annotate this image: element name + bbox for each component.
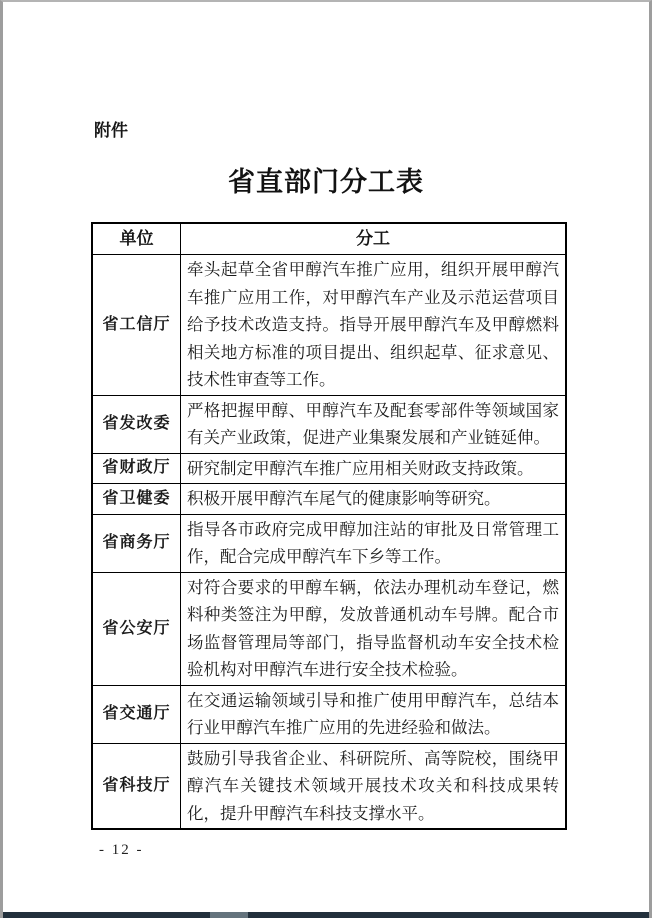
duty-cell: 严格把握甲醇、甲醇汽车及配套零部件等领域国家有关产业政策，促进产业集聚发展和产业… — [181, 395, 567, 453]
duty-cell: 对符合要求的甲醇车辆，依法办理机动车登记，燃料种类签注为甲醇，发放普通机动车号牌… — [181, 572, 567, 685]
unit-cell: 省科技厅 — [92, 743, 181, 829]
unit-cell: 省财政厅 — [92, 453, 181, 484]
duty-cell: 牵头起草全省甲醇汽车推广应用，组织开展甲醇汽车推广应用工作，对甲醇汽车产业及示范… — [181, 255, 567, 396]
table-row: 省财政厅研究制定甲醇汽车推广应用相关财政支持政策。 — [92, 453, 566, 484]
unit-cell: 省公安厅 — [92, 572, 181, 685]
unit-cell: 省商务厅 — [92, 514, 181, 572]
table-row: 省公安厅对符合要求的甲醇车辆，依法办理机动车登记，燃料种类签注为甲醇，发放普通机… — [92, 572, 566, 685]
table-row: 省卫健委积极开展甲醇汽车尾气的健康影响等研究。 — [92, 484, 566, 515]
duty-cell: 研究制定甲醇汽车推广应用相关财政支持政策。 — [181, 453, 567, 484]
table-header: 单位 分工 — [92, 223, 566, 255]
page-number: - 12 - — [99, 842, 649, 859]
page-title: 省直部门分工表 — [3, 167, 649, 197]
duty-cell: 鼓励引导我省企业、科研院所、高等院校，围绕甲醇汽车关键技术领域开展技术攻关和科技… — [181, 743, 567, 829]
table-header-duty: 分工 — [181, 223, 567, 255]
table-row: 省发改委严格把握甲醇、甲醇汽车及配套零部件等领域国家有关产业政策，促进产业集聚发… — [92, 395, 566, 453]
table-header-row: 单位 分工 — [92, 223, 566, 255]
attachment-label: 附件 — [94, 121, 649, 141]
division-table: 单位 分工 省工信厅牵头起草全省甲醇汽车推广应用，组织开展甲醇汽车推广应用工作，… — [91, 222, 567, 830]
duty-cell: 在交通运输领域引导和推广使用甲醇汽车，总结本行业甲醇汽车推广应用的先进经验和做法… — [181, 685, 567, 743]
horizontal-scrollbar[interactable] — [3, 912, 649, 918]
unit-cell: 省工信厅 — [92, 255, 181, 396]
table-row: 省商务厅指导各市政府完成甲醇加注站的审批及日常管理工作，配合完成甲醇汽车下乡等工… — [92, 514, 566, 572]
unit-cell: 省发改委 — [92, 395, 181, 453]
table-header-unit: 单位 — [92, 223, 181, 255]
scrollbar-thumb[interactable] — [210, 912, 248, 918]
unit-cell: 省交通厅 — [92, 685, 181, 743]
table-row: 省交通厅在交通运输领域引导和推广使用甲醇汽车，总结本行业甲醇汽车推广应用的先进经… — [92, 685, 566, 743]
document-page: 附件 省直部门分工表 单位 分工 省工信厅牵头起草全省甲醇汽车推广应用，组织开展… — [3, 121, 649, 859]
table-row: 省工信厅牵头起草全省甲醇汽车推广应用，组织开展甲醇汽车推广应用工作，对甲醇汽车产… — [92, 255, 566, 396]
document-viewport: 附件 省直部门分工表 单位 分工 省工信厅牵头起草全省甲醇汽车推广应用，组织开展… — [0, 0, 652, 918]
duty-cell: 指导各市政府完成甲醇加注站的审批及日常管理工作，配合完成甲醇汽车下乡等工作。 — [181, 514, 567, 572]
unit-cell: 省卫健委 — [92, 484, 181, 515]
table-row: 省科技厅鼓励引导我省企业、科研院所、高等院校，围绕甲醇汽车关键技术领域开展技术攻… — [92, 743, 566, 829]
duty-cell: 积极开展甲醇汽车尾气的健康影响等研究。 — [181, 484, 567, 515]
table-body: 省工信厅牵头起草全省甲醇汽车推广应用，组织开展甲醇汽车推广应用工作，对甲醇汽车产… — [92, 255, 566, 830]
